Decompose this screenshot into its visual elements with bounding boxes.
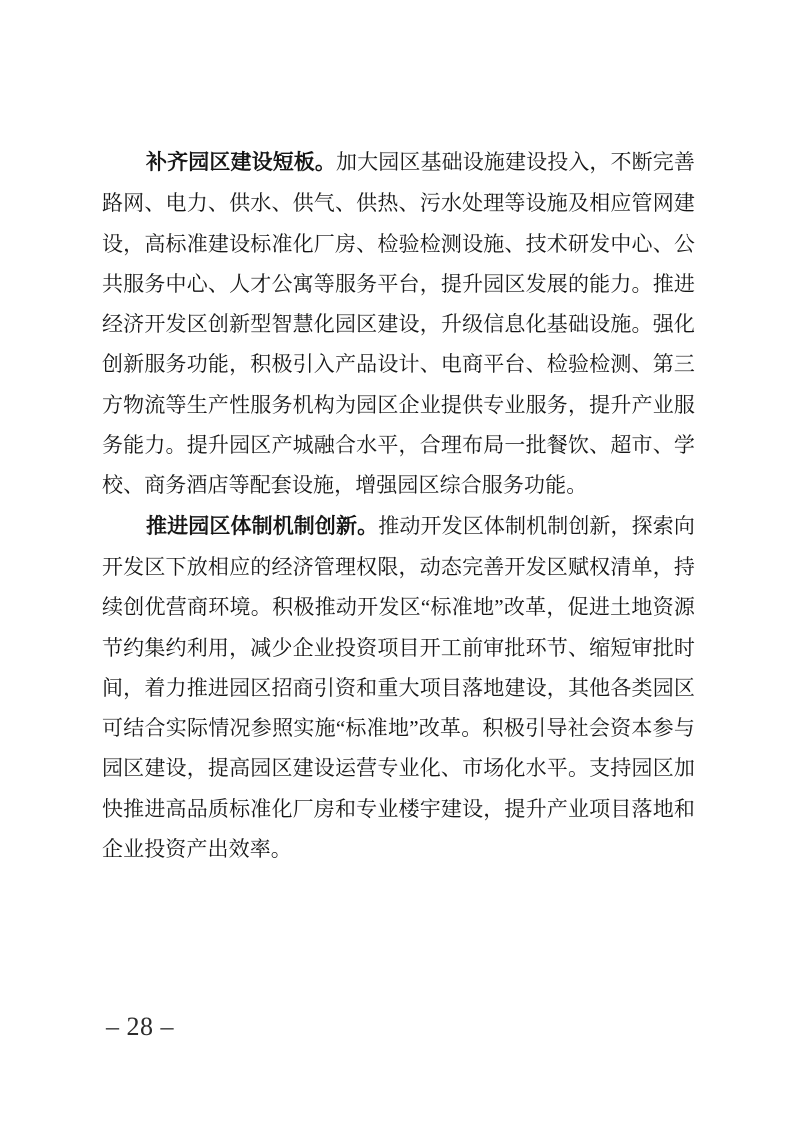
document-text-block: 补齐园区建设短板。加大园区基础设施建设投入，不断完善路网、电力、供水、供气、供热… (102, 142, 695, 869)
paragraph-2-lead: 推进园区体制机制创新。 (146, 515, 378, 538)
paragraph-buqi-yuanqu: 补齐园区建设短板。加大园区基础设施建设投入，不断完善路网、电力、供水、供气、供热… (102, 142, 695, 506)
paragraph-tuijin-tizhi: 推进园区体制机制创新。推动开发区体制机制创新，探索向开发区下放相应的经济管理权限… (102, 506, 695, 870)
document-page: 补齐园区建设短板。加大园区基础设施建设投入，不断完善路网、电力、供水、供气、供热… (0, 0, 793, 1122)
page-footer: – 28 – (106, 1012, 174, 1042)
paragraph-2-body: 推动开发区体制机制创新，探索向开发区下放相应的经济管理权限，动态完善开发区赋权清… (102, 514, 695, 861)
paragraph-1-body: 加大园区基础设施建设投入，不断完善路网、电力、供水、供气、供热、污水处理等设施及… (102, 150, 695, 497)
paragraph-1-lead: 补齐园区建设短板。 (146, 151, 336, 174)
page-number: – 28 – (106, 1012, 174, 1041)
